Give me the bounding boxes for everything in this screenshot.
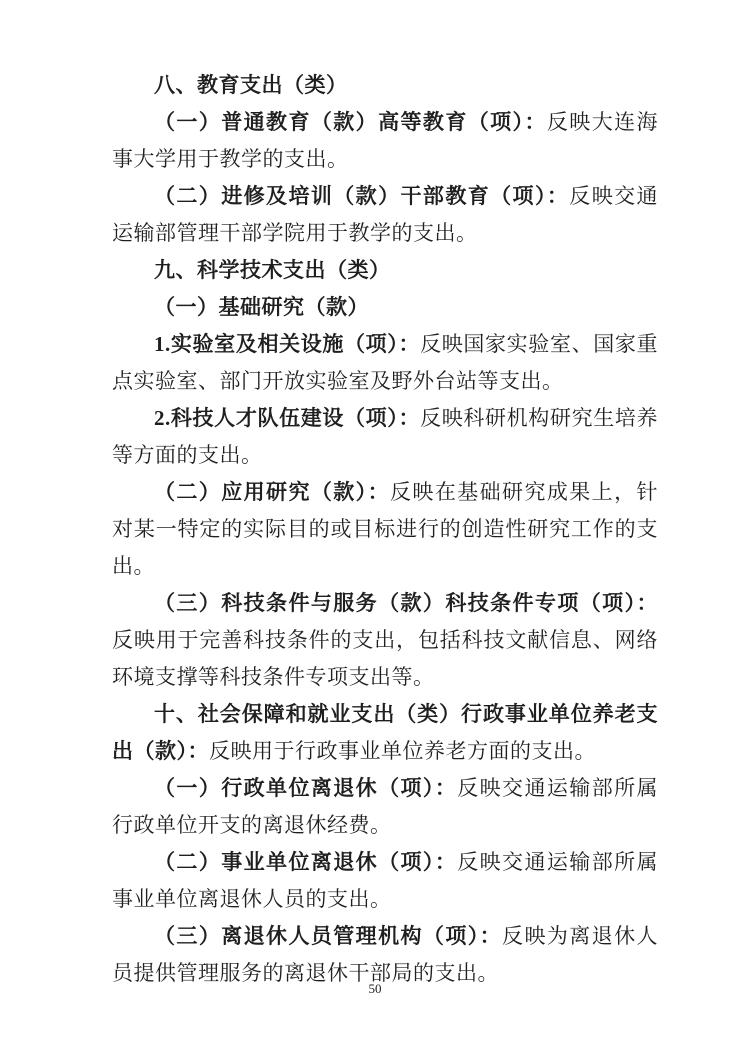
section-heading-text: 九、科学技术支出（类） [154,258,391,282]
paragraph-talent-team-building: 2.科技人才队伍建设（项）：反映科研机构研究生培养等方面的支出。 [112,400,658,474]
paragraph-applied-research: （二）应用研究（款）：反映在基础研究成果上，针对某一特定的实际目的或目标进行的创… [112,474,658,585]
paragraph-tech-conditions-services: （三）科技条件与服务（款）科技条件专项（项）：反映用于完善科技条件的支出，包括科… [112,585,658,696]
item-heading-text: （二）事业单位离退休（项）： [154,850,457,874]
item-body-text: 反映用于行政事业单位养老方面的支出。 [209,739,596,763]
paragraph-section-10-heading: 十、社会保障和就业支出（类）行政事业单位养老支出（款）：反映用于行政事业单位养老… [112,696,658,770]
item-heading-text: （一）基础研究（款） [154,295,369,319]
item-body-text: 反映用于完善科技条件的支出，包括科技文献信息、网络环境支撑等科技条件专项支出等。 [112,628,658,689]
paragraph-laboratory-facilities: 1.实验室及相关设施（项）：反映国家实验室、国家重点实验室、部门开放实验室及野外… [112,326,658,400]
item-heading-text: 2.科技人才队伍建设（项）： [154,406,420,430]
document-page: 八、教育支出（类） （一）普通教育（款）高等教育（项）：反映大连海事大学用于教学… [0,0,750,1060]
section-heading-text: 八、教育支出（类） [154,73,348,97]
item-heading-text: 1.实验室及相关设施（项）： [154,332,420,356]
document-body: 八、教育支出（类） （一）普通教育（款）高等教育（项）：反映大连海事大学用于教学… [112,67,658,992]
paragraph-training-education: （二）进修及培训（款）干部教育（项）：反映交通运输部管理干部学院用于教学的支出。 [112,178,658,252]
page-number: 50 [0,981,750,997]
paragraph-admin-unit-retirement: （一）行政单位离退休（项）：反映交通运输部所属行政单位开支的离退休经费。 [112,770,658,844]
paragraph-basic-research-heading: （一）基础研究（款） [112,289,658,326]
paragraph-section-8-heading: 八、教育支出（类） [112,67,658,104]
paragraph-section-9-heading: 九、科学技术支出（类） [112,252,658,289]
item-heading-text: （三）离退休人员管理机构（项）： [154,924,502,948]
item-heading-text: （三）科技条件与服务（款）科技条件专项（项）： [154,591,658,615]
item-heading-text: （二）应用研究（款）： [154,480,390,504]
paragraph-institution-unit-retirement: （二）事业单位离退休（项）：反映交通运输部所属事业单位离退休人员的支出。 [112,844,658,918]
item-heading-text: （二）进修及培训（款）干部教育（项）： [154,184,569,208]
item-heading-text: （一）行政单位离退休（项）： [154,776,457,800]
item-heading-text: （一）普通教育（款）高等教育（项）： [154,110,547,134]
paragraph-general-education: （一）普通教育（款）高等教育（项）：反映大连海事大学用于教学的支出。 [112,104,658,178]
